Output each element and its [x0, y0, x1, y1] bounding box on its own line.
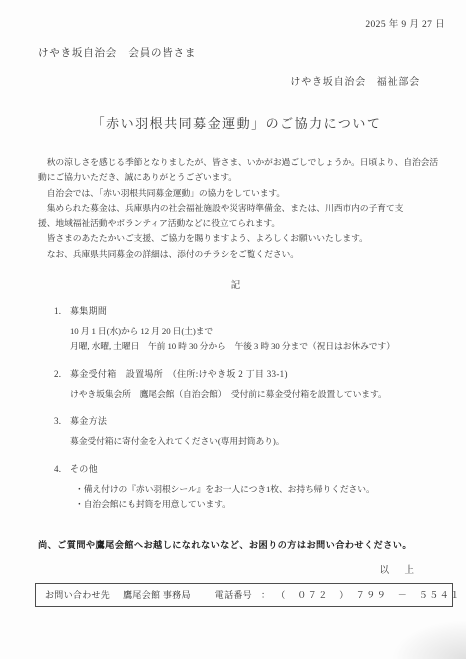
- contact-organization: 鷹尾会館 事務局: [123, 588, 191, 601]
- list-item-other-notes: 4.その他 ・備え付けの『赤い羽根シール』をお一人につき1枚、お持ち帰りください…: [38, 462, 445, 512]
- body-line: なお、兵庫県共同募金の詳細は、添付のチラシをご覧ください。: [38, 247, 445, 262]
- item-detail-lines: ・備え付けの『赤い羽根シール』をお一人につき1枚、お持ち帰りください。 ・自治会…: [75, 482, 445, 512]
- item-number: 1.: [54, 306, 70, 316]
- contact-info-box: お問い合わせ先 鷹尾会館 事務局 電話番号 ： （ ０７２ ） ７９９ － ５５…: [35, 583, 453, 607]
- item-number: 3.: [54, 416, 70, 426]
- item-heading: その他: [70, 464, 98, 474]
- item-number: 4.: [54, 464, 70, 474]
- body-line: 集められた募金は、兵庫県内の社会福祉施設や災害時準備金、または、川西市内の子育て…: [38, 201, 445, 216]
- body-line: 自治会では、「赤い羽根共同募金運動」の協力をしています。: [38, 186, 445, 201]
- item-heading-row: 2.募金受付箱 設置場所 （住所:けやき坂 2 丁目 33-1): [38, 367, 445, 380]
- list-item-donation-method: 3.募金方法 募金受付箱に寄付金を入れてください(専用封筒あり)。: [38, 414, 445, 449]
- item-number: 2.: [54, 369, 70, 379]
- scanned-notice-page: 2025 年 9 月 27 日 けやき坂自治会 会員の皆さま けやき坂自治会 福…: [0, 0, 466, 659]
- item-heading: 募集期間: [70, 306, 107, 316]
- item-detail-line: 募金受付箱に寄付金を入れてください(専用封筒あり)。: [70, 434, 445, 449]
- item-heading-row: 1.募集期間: [38, 304, 445, 317]
- body-line: 皆さまのあたたかいご支援、ご協力を賜りますよう、よろしくお願いいたします。: [38, 231, 445, 246]
- item-detail-line: 10 月 1 日(水)から 12 月 20 日(土)まで: [70, 324, 445, 339]
- sender-line: けやき坂自治会 福祉部会: [38, 73, 445, 88]
- phone-number: （ ０７２ ） ７９９ － ５５４１: [276, 588, 461, 601]
- item-detail-line: 月曜, 水曜, 土曜日 午前 10 時 30 分から 午後 3 時 30 分まで…: [70, 339, 445, 354]
- list-item-recruitment-period: 1.募集期間 10 月 1 日(水)から 12 月 20 日(土)まで 月曜, …: [38, 304, 445, 354]
- phone-label: 電話番号: [215, 588, 252, 601]
- recipient-line: けやき坂自治会 会員の皆さま: [38, 45, 445, 60]
- item-bullet-line: ・備え付けの『赤い羽根シール』をお一人につき1枚、お持ち帰りください。: [75, 482, 445, 497]
- notice-marker: 記: [28, 277, 445, 291]
- closing-ijou: 以 上: [38, 562, 445, 576]
- document-date: 2025 年 9 月 27 日: [38, 16, 445, 30]
- item-detail-lines: 10 月 1 日(水)から 12 月 20 日(土)まで 月曜, 水曜, 土曜日…: [70, 324, 445, 354]
- body-line: 援、地域福祉活動やボランティア活動などに役立てられます。: [38, 216, 445, 231]
- item-detail-lines: 募金受付箱に寄付金を入れてください(専用封筒あり)。: [70, 434, 445, 449]
- contact-label: お問い合わせ先: [45, 588, 110, 601]
- item-heading-row: 3.募金方法: [38, 414, 445, 427]
- phone-colon: ：: [261, 588, 270, 601]
- item-detail-lines: けやき坂集会所 鷹尾会館（自治会館） 受付前に募金受付箱を設置しています。: [70, 387, 445, 402]
- item-heading-row: 4.その他: [38, 462, 445, 475]
- item-bullet-line: ・自治会館にも封筒を用意しています。: [75, 497, 445, 512]
- document-title: 「赤い羽根共同募金運動」のご協力について: [28, 113, 445, 132]
- item-heading: 募金受付箱 設置場所 （住所:けやき坂 2 丁目 33-1): [70, 369, 288, 379]
- body-line: 秋の涼しさを感じる季節となりましたが、皆さま、いかがお過ごしでしょうか。日頃より…: [38, 155, 445, 170]
- body-paragraphs: 秋の涼しさを感じる季節となりましたが、皆さま、いかがお過ごしでしょうか。日頃より…: [38, 155, 445, 262]
- inquiry-bold-note: 尚、ご質問や鷹尾会館へお越しになれないなど、お困りの方はお問い合わせください。: [38, 537, 445, 551]
- item-heading: 募金方法: [70, 416, 107, 426]
- numbered-item-list: 1.募集期間 10 月 1 日(水)から 12 月 20 日(土)まで 月曜, …: [38, 304, 445, 512]
- body-line: 動にご協力いただき、誠にありがとうございます。: [38, 170, 445, 185]
- list-item-donation-box-location: 2.募金受付箱 設置場所 （住所:けやき坂 2 丁目 33-1) けやき坂集会所…: [38, 367, 445, 402]
- item-detail-line: けやき坂集会所 鷹尾会館（自治会館） 受付前に募金受付箱を設置しています。: [70, 387, 445, 402]
